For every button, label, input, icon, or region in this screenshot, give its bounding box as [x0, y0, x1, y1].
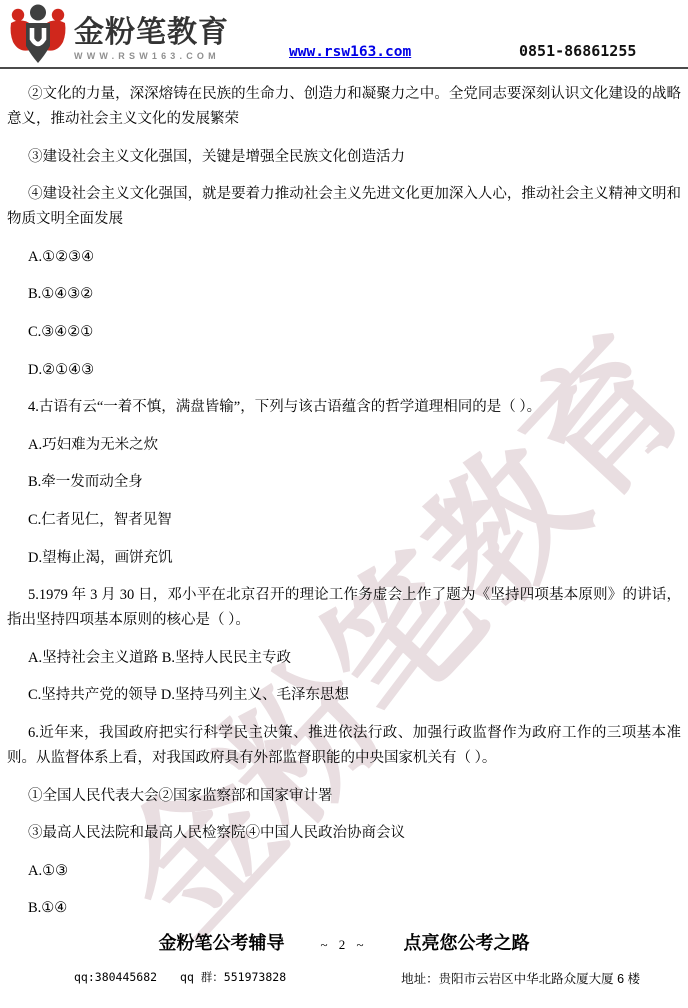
- paragraph: B.①④③②: [7, 282, 681, 307]
- footer-brand-text: 金粉笔公考辅导: [158, 929, 284, 955]
- paragraph: ②文化的力量，深深熔铸在民族的生命力、创造力和凝聚力之中。全党同志要深刻认识文化…: [7, 82, 681, 132]
- document-page: 金粉笔教育 金粉笔教育 WWW.RSW163.COM www.rsw163.co: [0, 0, 688, 1008]
- paragraph: A.①③: [7, 859, 681, 884]
- paragraph: A.①②③④: [7, 245, 681, 270]
- page-header: 金粉笔教育 WWW.RSW163.COM www.rsw163.com 0851…: [0, 0, 688, 70]
- paragraph: C.③④②①: [7, 320, 681, 345]
- website-link[interactable]: www.rsw163.com: [289, 44, 411, 60]
- paragraph: C.坚持共产党的领导 D.坚持马列主义、毛泽东思想: [7, 683, 681, 708]
- qq-group-number: qq 群：551973828: [180, 970, 286, 984]
- paragraph: D.②①④③: [7, 358, 681, 383]
- footer-slogan-text: 点亮您公考之路: [404, 929, 530, 955]
- brand-name: 金粉笔教育: [74, 17, 229, 49]
- brand-logo: 金粉笔教育 WWW.RSW163.COM: [9, 4, 229, 64]
- company-address: 地址：贵阳市云岩区中华北路众厦大厦 6 楼: [401, 969, 640, 987]
- paragraph: ③建设社会主义文化强国，关键是增强全民族文化创造活力: [7, 145, 681, 170]
- brand-logo-icon: [9, 4, 67, 64]
- document-body: ②文化的力量，深深熔铸在民族的生命力、创造力和凝聚力之中。全党同志要深刻认识文化…: [0, 70, 688, 934]
- phone-number: 0851-86861255: [519, 42, 636, 60]
- paragraph: B.牵一发而动全身: [7, 470, 681, 495]
- paragraph: ④建设社会主义文化强国，就是要着力推动社会主义先进文化更加深入人心，推动社会主义…: [7, 182, 681, 232]
- paragraph: 4.古语有云“一着不慎，满盘皆输”，下列与该古语蕴含的哲学道理相同的是（ ）。: [7, 395, 681, 420]
- paragraph: 6.近年来，我国政府把实行科学民主决策、推进依法行政、加强行政监督作为政府工作的…: [7, 721, 681, 771]
- page-number: ~ 2 ~: [320, 937, 367, 953]
- paragraph: A.巧妇难为无米之炊: [7, 433, 681, 458]
- brand-logo-text: 金粉笔教育 WWW.RSW163.COM: [74, 4, 229, 61]
- paragraph: C.仁者见仁，智者见智: [7, 508, 681, 533]
- qq-number: qq:380445682: [74, 970, 157, 984]
- paragraph: ③最高人民法院和最高人民检察院④中国人民政治协商会议: [7, 821, 681, 846]
- paragraph: ①全国人民代表大会②国家监察部和国家审计署: [7, 784, 681, 809]
- header-divider: [0, 67, 688, 69]
- paragraph: D.望梅止渴，画饼充饥: [7, 546, 681, 571]
- paragraph: A.坚持社会主义道路 B.坚持人民民主专政: [7, 646, 681, 671]
- paragraph: B.①④: [7, 896, 681, 921]
- qq-contacts: qq:380445682 qq 群：551973828: [74, 969, 286, 987]
- paragraph: 5.1979 年 3 月 30 日，邓小平在北京召开的理论工作务虚会上作了题为《…: [7, 583, 681, 633]
- footer-title-line: 金粉笔公考辅导 ~ 2 ~ 点亮您公考之路: [0, 929, 688, 955]
- footer-contact-line: qq:380445682 qq 群：551973828 地址：贵阳市云岩区中华北…: [0, 969, 688, 987]
- brand-site-url: WWW.RSW163.COM: [74, 51, 229, 61]
